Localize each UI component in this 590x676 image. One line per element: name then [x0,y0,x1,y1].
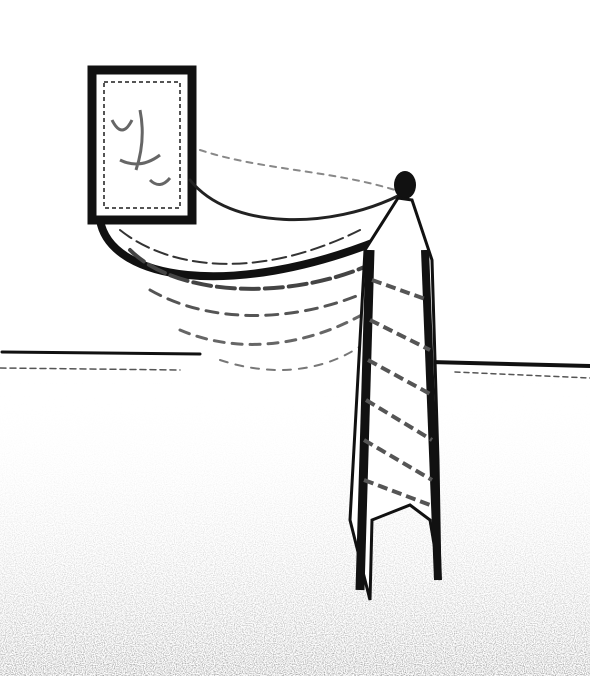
figure-head [394,171,416,199]
ground [0,380,590,676]
drape [100,150,400,370]
framed-panel [92,70,192,220]
crescent-icon [130,88,158,105]
sketch-canvas [0,0,590,676]
horizon-line [0,352,590,378]
